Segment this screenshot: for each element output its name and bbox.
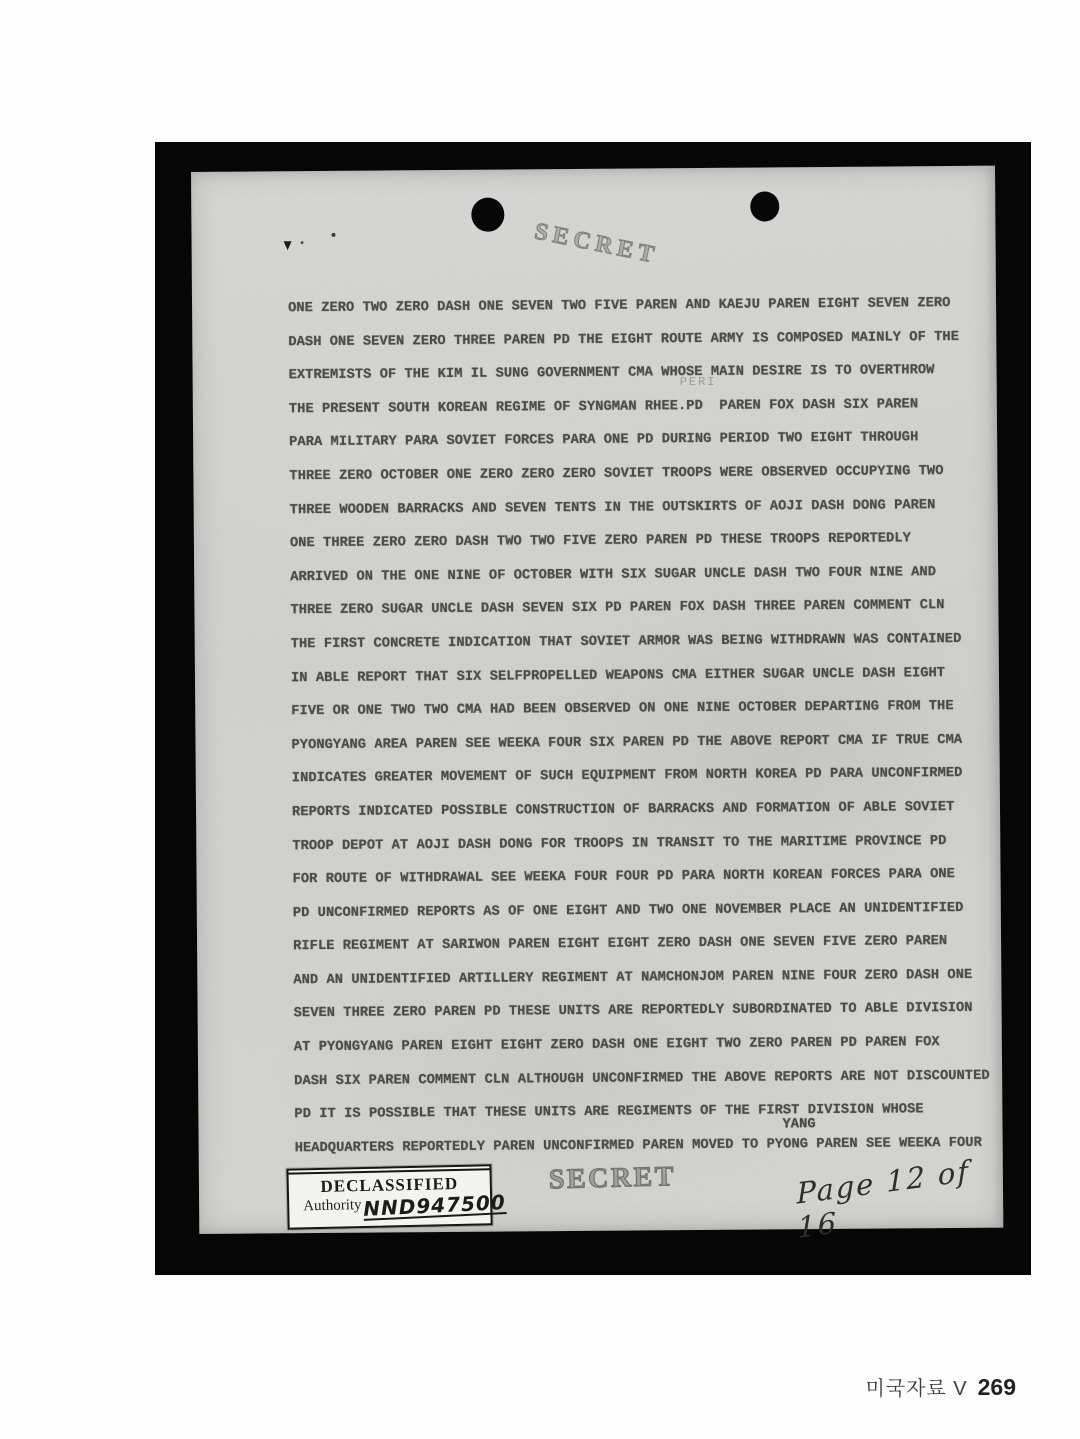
typewritten-line-10: THREE ZERO SUGAR UNCLE DASH SEVEN SIX PD…: [290, 589, 1002, 628]
authority-label: Authority: [303, 1197, 362, 1215]
typewritten-line-17: TROOP DEPOT AT AOJI DASH DONG FOR TROOPS…: [292, 824, 1004, 863]
ink-speck-dot: [331, 233, 335, 237]
ink-speck-dot: [301, 241, 304, 244]
handwritten-page-note: Page 12 of 16: [796, 1148, 1016, 1245]
typewritten-line-2: DASH ONE SEVEN ZERO THREE PAREN PD THE E…: [288, 320, 1000, 359]
typewritten-line-6: THREE ZERO OCTOBER ONE ZERO ZERO ZERO SO…: [289, 455, 1001, 494]
typewritten-line-23: AT PYONGYANG PAREN EIGHT EIGHT ZERO DASH…: [294, 1026, 1006, 1065]
declassified-stamp-box: DECLASSIFIED Authority NND947500: [286, 1164, 492, 1229]
typewritten-line-3: EXTREMISTS OF THE KIM IL SUNG GOVERNMENT…: [288, 354, 1000, 393]
secret-stamp-top: SECRET: [532, 218, 661, 270]
book-footer: 미국자료 V 269: [865, 1372, 1016, 1401]
typewritten-line-4: THE PRESENT SOUTH KOREAN REGIME OF SYNGM…: [289, 387, 1001, 426]
typewritten-line-9: ARRIVED ON THE ONE NINE OF OCTOBER WITH …: [290, 555, 1002, 594]
typewritten-line-21: AND AN UNIDENTIFIED ARTILLERY REGIMENT A…: [293, 959, 1005, 998]
typewritten-body: ONE ZERO TWO ZERO DASH ONE SEVEN TWO FIV…: [288, 287, 1007, 1166]
typewritten-line-5: PARA MILITARY PARA SOVIET FORCES PARA ON…: [289, 421, 1001, 460]
page: SECRET PERI ONE ZERO TWO ZERO DASH ONE S…: [0, 0, 1080, 1439]
footer-series-title: 미국자료 V: [865, 1372, 967, 1401]
typewritten-line-14: PYONGYANG AREA PAREN SEE WEEKA FOUR SIX …: [291, 723, 1003, 762]
typewritten-line-11: THE FIRST CONCRETE INDICATION THAT SOVIE…: [291, 623, 1003, 662]
typewritten-line-18: FOR ROUTE OF WITHDRAWAL SEE WEEKA FOUR F…: [292, 858, 1004, 897]
typewritten-line-22: SEVEN THREE ZERO PAREN PD THESE UNITS AR…: [293, 992, 1005, 1031]
typewritten-line-20: RIFLE REGIMENT AT SARIWON PAREN EIGHT EI…: [293, 925, 1005, 964]
typewritten-line-26: HEADQUARTERS REPORTEDLY PAREN UNCONFIRME…: [295, 1126, 1007, 1165]
typewritten-line-7: THREE WOODEN BARRACKS AND SEVEN TENTS IN…: [290, 488, 1002, 527]
scanned-page-background: SECRET PERI ONE ZERO TWO ZERO DASH ONE S…: [155, 142, 1031, 1275]
ink-speck-triangle: [284, 241, 292, 250]
typewritten-line-12: IN ABLE REPORT THAT SIX SELFPROPELLED WE…: [291, 656, 1003, 695]
typewritten-line-13: FIVE OR ONE TWO TWO CMA HAD BEEN OBSERVE…: [291, 690, 1003, 729]
punch-hole-left: [471, 198, 504, 232]
typewritten-line-8: ONE THREE ZERO ZERO DASH TWO TWO FIVE ZE…: [290, 522, 1002, 561]
punch-hole-right: [750, 191, 779, 221]
secret-stamp-bottom: SECRET: [549, 1161, 677, 1196]
typewritten-line-16: REPORTS INDICATED POSSIBLE CONSTRUCTION …: [292, 791, 1004, 830]
document-paper: SECRET PERI ONE ZERO TWO ZERO DASH ONE S…: [191, 166, 1003, 1234]
typewritten-line-24: DASH SIX PAREN COMMENT CLN ALTHOUGH UNCO…: [294, 1059, 1006, 1098]
typed-insert-correction: YANG: [782, 1117, 815, 1132]
typewritten-line-15: INDICATES GREATER MOVEMENT OF SUCH EQUIP…: [292, 757, 1004, 796]
authority-number-handwritten: NND947500: [363, 1192, 506, 1221]
footer-page-number: 269: [978, 1374, 1016, 1401]
typewritten-line-1: ONE ZERO TWO ZERO DASH ONE SEVEN TWO FIV…: [288, 287, 1000, 326]
typewritten-line-25: PD IT IS POSSIBLE THAT THESE UNITS ARE R…: [294, 1093, 1006, 1132]
typewritten-line-19: PD UNCONFIRMED REPORTS AS OF ONE EIGHT A…: [293, 891, 1005, 930]
